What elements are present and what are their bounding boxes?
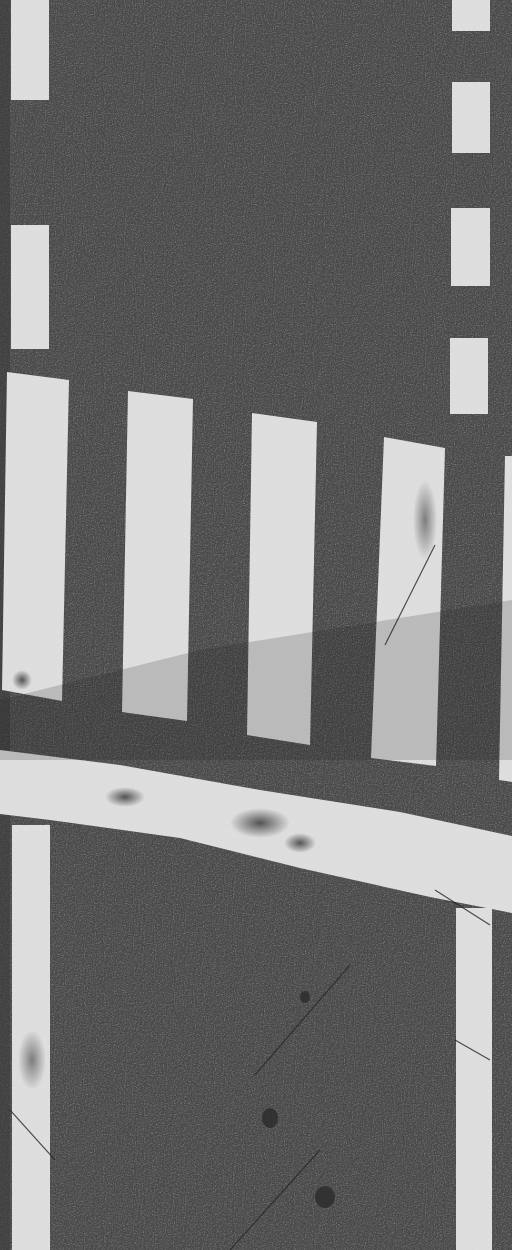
stain-9 bbox=[300, 991, 310, 1003]
stain-7 bbox=[262, 1108, 278, 1128]
left-dash-1 bbox=[11, 0, 49, 100]
right-dash-1 bbox=[452, 0, 490, 31]
road-aerial-image bbox=[0, 0, 512, 1250]
stain-8 bbox=[315, 1186, 335, 1208]
stain-3 bbox=[284, 833, 316, 853]
left-dash-2 bbox=[11, 225, 49, 349]
stain-6 bbox=[18, 1030, 46, 1090]
right-dash-3 bbox=[451, 208, 490, 286]
stain-4 bbox=[12, 670, 32, 690]
crosswalk-stripe-1 bbox=[2, 372, 69, 701]
stain-1 bbox=[105, 787, 145, 807]
lower-right-lane-edge bbox=[456, 908, 492, 1250]
stain-2 bbox=[230, 808, 290, 838]
right-dash-2 bbox=[452, 82, 490, 153]
right-dash-4 bbox=[450, 338, 488, 414]
